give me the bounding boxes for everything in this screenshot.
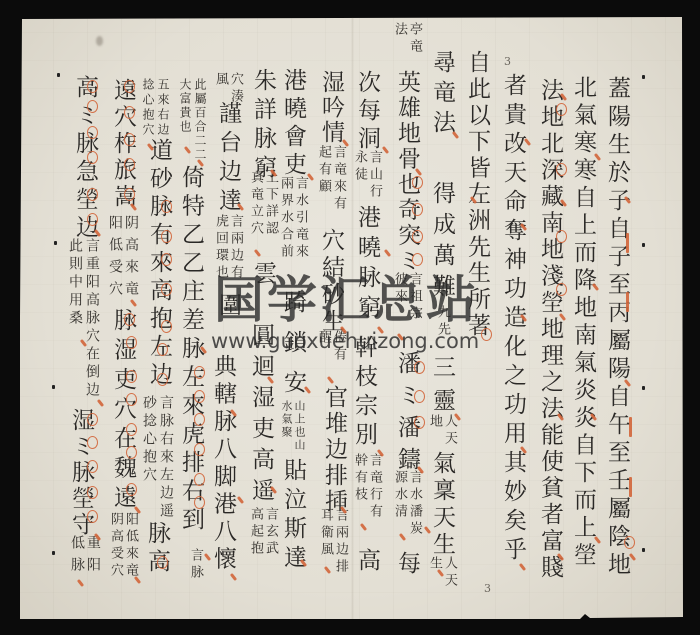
- annotation-note: 言玄武高起抱: [248, 507, 278, 561]
- annotation-note: 言山行永徒: [352, 150, 382, 204]
- red-circle-mark: [87, 151, 98, 164]
- margin-dot: [642, 243, 645, 247]
- red-circle-mark: [414, 416, 425, 429]
- red-circle-mark: [194, 366, 205, 379]
- red-circle-mark: [161, 253, 172, 266]
- annotation-note: 此屬百合二二大富貴也: [177, 78, 207, 164]
- text-segment: 氣稟天生: [430, 451, 453, 559]
- red-circle-mark: [194, 390, 205, 403]
- red-circle-mark: [414, 390, 425, 403]
- red-circle-mark: [157, 556, 168, 569]
- text-segment: 謹台边達: [216, 101, 239, 217]
- annotation-note: 言脉右來左边遥砂捻心抱穴: [140, 395, 174, 523]
- text-segment: 次每洞: [355, 70, 378, 154]
- annotation-note: 人天地: [427, 414, 457, 450]
- red-circle-mark: [126, 446, 137, 459]
- red-circle-mark: [412, 176, 423, 189]
- manuscript-scan: 亭竜法 蓋陽生於子自子至丙屬陽自午至壬屬陰地 北氣寒寒自上而降地南氣炎炎自下而上…: [0, 0, 700, 635]
- annotation-note: 言水潘炭源水清: [392, 470, 422, 540]
- text-segment: 三靈: [430, 355, 453, 421]
- margin-dot: [52, 385, 55, 389]
- annotation-note: 阴高來竜阳低受穴: [107, 215, 139, 305]
- red-circle-mark: [87, 510, 98, 523]
- text-segment: 脉高: [145, 521, 168, 577]
- text-segment: 每: [395, 551, 418, 574]
- red-circle-mark: [126, 423, 137, 436]
- red-circle-mark: [87, 436, 98, 449]
- red-circle-mark: [161, 283, 172, 296]
- annotation-note: 言重阳高脉穴在倒边此則中用桑: [66, 238, 100, 402]
- red-circle-mark: [87, 413, 98, 426]
- red-circle-mark: [87, 80, 98, 93]
- red-bar-mark: [629, 477, 632, 497]
- red-circle-mark: [124, 158, 135, 171]
- annotation-note: 五來右边捻心抱穴: [140, 78, 170, 140]
- red-circle-mark: [194, 443, 205, 456]
- red-bar-mark: [626, 292, 629, 312]
- red-circle-mark: [87, 126, 98, 139]
- red-bar-mark: [626, 233, 629, 253]
- red-circle-mark: [87, 100, 98, 113]
- text-segment: 貼泣斯達: [281, 458, 304, 574]
- page-mark-top: 3: [504, 55, 511, 68]
- red-bar-mark: [629, 417, 632, 437]
- watermark-title: 国学汇总站: [214, 272, 479, 328]
- red-circle-mark: [624, 536, 635, 549]
- section-title: 尋竜法: [430, 50, 453, 140]
- text-segment: 典轄脉八脚港八懷: [211, 354, 234, 574]
- text-segment: 港曉會吏: [281, 68, 304, 180]
- text-column-4: 者貴改天命奪神功造化之功用其妙矣乎: [501, 73, 524, 566]
- margin-dot: [642, 75, 645, 79]
- red-circle-mark: [194, 473, 205, 486]
- red-circle-mark: [481, 328, 492, 341]
- red-circle-mark: [126, 393, 137, 406]
- margin-dot: [57, 73, 60, 77]
- text-column-3: 法地北深藏南地淺塋地理之法能使貧者富賤: [538, 78, 561, 582]
- text-column-2: 北氣寒寒自上而降地南氣炎炎自下而上塋: [571, 75, 594, 570]
- margin-dot: [642, 386, 645, 390]
- text-column-1: 蓋陽生於子自子至丙屬陽自午至壬屬陰地: [605, 76, 628, 580]
- red-circle-mark: [87, 213, 98, 226]
- text-segment: 朱詳脉窮: [251, 68, 274, 184]
- red-circle-mark: [87, 486, 98, 499]
- watermark-url: www.guoxuehuizong.com: [211, 329, 479, 353]
- annotation-note: 言竜行有幹有枝: [352, 453, 382, 523]
- red-circle-mark: [126, 370, 137, 383]
- annotation-note: 上下詳認真竜立穴: [248, 170, 278, 240]
- red-circle-mark: [87, 188, 98, 201]
- page-mark-bottom: 3: [484, 582, 491, 595]
- red-circle-mark: [161, 320, 172, 333]
- red-circle-mark: [414, 361, 425, 374]
- annotation-note: 言水引竜來兩界水合前: [278, 176, 308, 263]
- annotation-note: 阳低來竜阴高受穴: [108, 512, 138, 582]
- red-circle-mark: [124, 106, 135, 119]
- red-circle-mark: [194, 413, 205, 426]
- text-segment: 湿吟情: [319, 70, 342, 145]
- red-circle-mark: [157, 373, 168, 386]
- red-circle-mark: [556, 103, 567, 116]
- margin-dot: [54, 241, 57, 245]
- annotation-note: 言脉: [188, 548, 203, 584]
- margin-dot: [642, 548, 645, 552]
- red-circle-mark: [556, 283, 567, 296]
- red-circle-mark: [126, 483, 137, 496]
- red-circle-mark: [157, 343, 168, 356]
- red-circle-mark: [124, 80, 135, 93]
- red-circle-mark: [412, 203, 423, 216]
- header-note: 亭竜法: [392, 22, 422, 58]
- red-circle-mark: [124, 188, 135, 201]
- ink-smudge: [96, 36, 103, 46]
- text-segment: 官堆边排揷: [322, 385, 345, 515]
- red-circle-mark: [161, 230, 172, 243]
- margin-dot: [52, 551, 55, 555]
- red-circle-mark: [412, 253, 423, 266]
- red-circle-mark: [87, 460, 98, 473]
- red-circle-mark: [556, 230, 567, 243]
- red-circle-mark: [194, 496, 205, 509]
- text-segment: 高: [355, 548, 378, 571]
- text-segment: 英雄地骨也奇突ミ: [395, 70, 418, 274]
- red-circle-mark: [161, 200, 172, 213]
- annotation-note: 重阳低脉: [69, 535, 101, 581]
- red-circle-mark: [126, 336, 137, 349]
- red-circle-mark: [556, 163, 567, 176]
- annotation-note: 山上也山水氣聚: [280, 400, 306, 454]
- red-circle-mark: [124, 133, 135, 146]
- red-circle-mark: [124, 313, 135, 326]
- annotation-note: 言竜來有起有顧: [316, 145, 346, 215]
- red-circle-mark: [412, 230, 423, 243]
- annotation-note: 言兩边排耳衛風: [318, 508, 348, 578]
